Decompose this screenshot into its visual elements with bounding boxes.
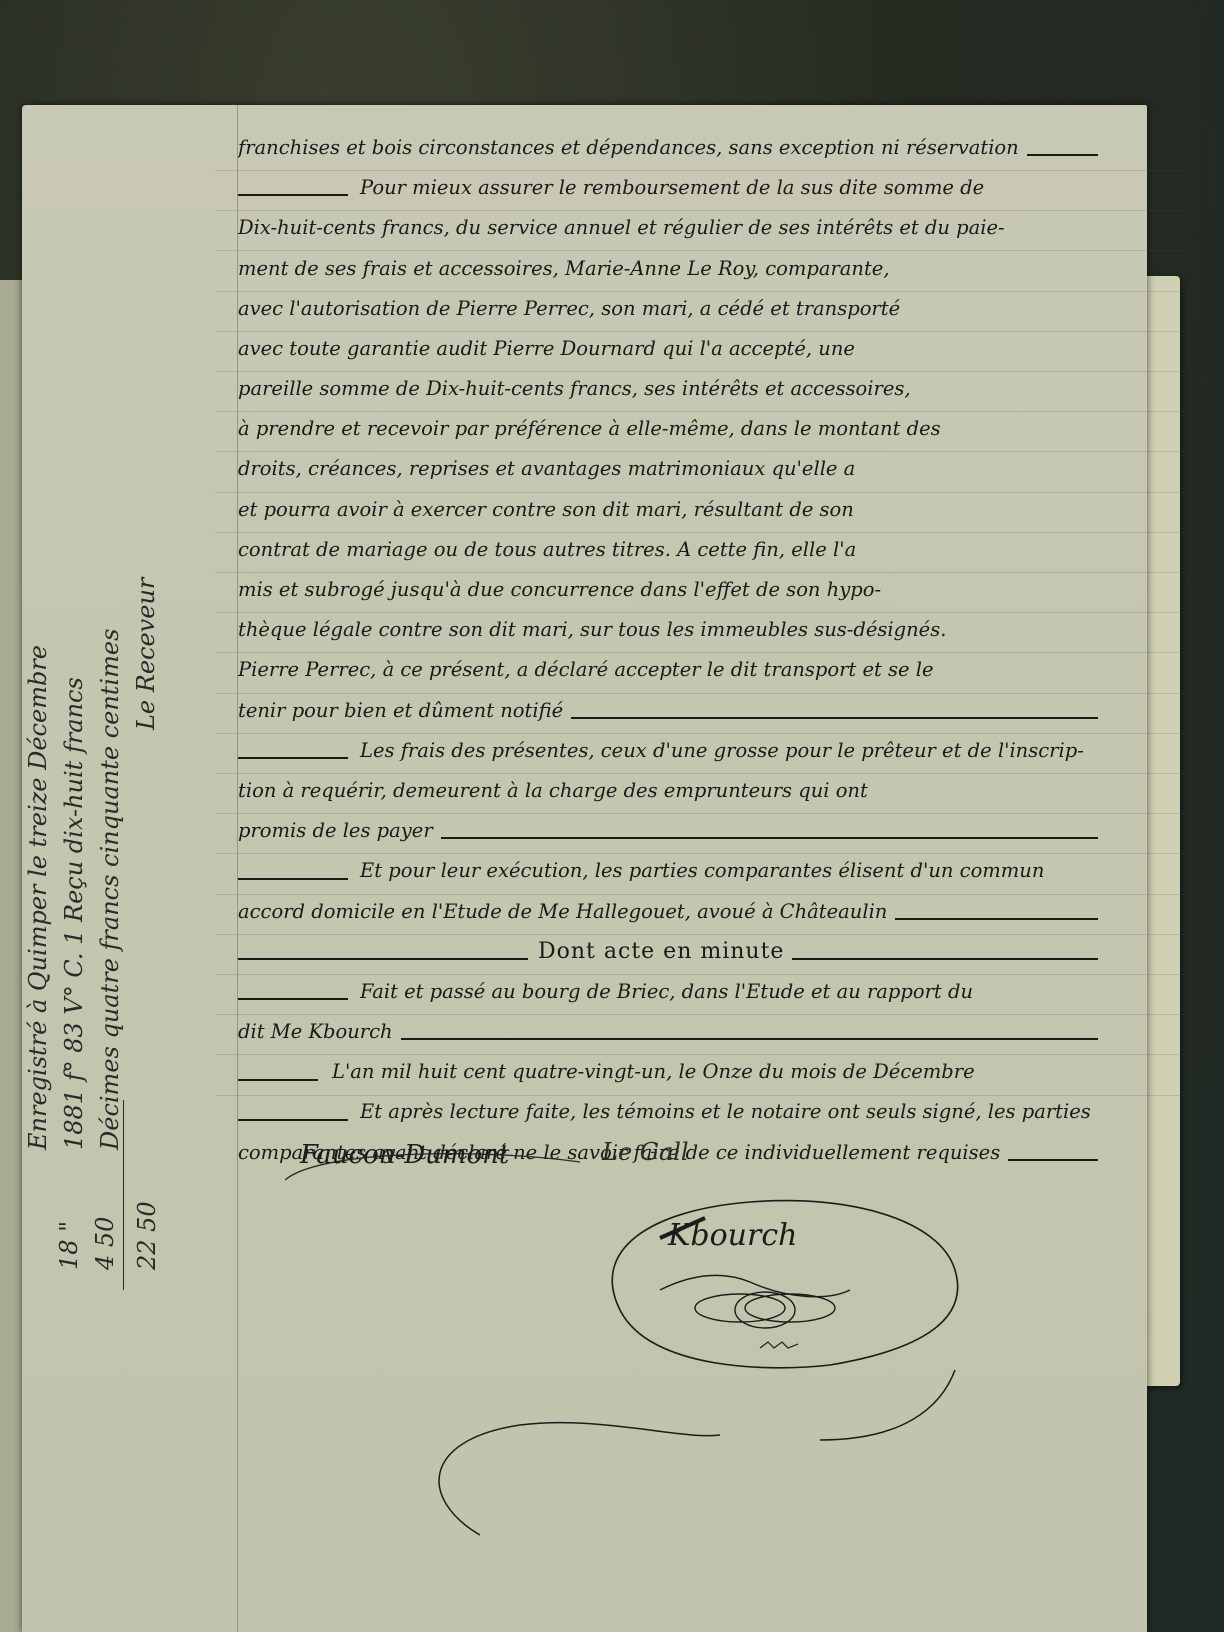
lead-dash	[238, 878, 348, 880]
lead-dash	[238, 1079, 318, 1081]
deed-line-text: mis et subrogé jusqu'à due concurrence d…	[238, 570, 881, 610]
trailing-dash	[441, 837, 1098, 839]
deed-line: contrat de mariage ou de tous autres tit…	[238, 530, 1098, 570]
deed-line-text: Et pour leur exécution, les parties comp…	[360, 851, 1044, 891]
deed-line: Les frais des présentes, ceux d'une gros…	[238, 731, 1098, 771]
deed-line: dit Me Kbourch	[238, 1012, 1098, 1052]
margin-note-line: 1881 f° 83 V° C. 1 Reçu dix-huit francs	[56, 150, 92, 1150]
deed-line-text: Les frais des présentes, ceux d'une gros…	[360, 731, 1084, 771]
deed-line-text: avec l'autorisation de Pierre Perrec, so…	[238, 289, 900, 329]
signature-le-gall: Le Gall	[602, 1138, 689, 1166]
fee-total: 22 50	[133, 1201, 169, 1270]
trailing-dash	[1027, 154, 1098, 156]
signature-faucon-dumont: Faucon-Dumont	[300, 1140, 509, 1170]
deed-line-text: et pourra avoir à exercer contre son dit…	[238, 490, 854, 530]
deed-line-text: Dix-huit-cents francs, du service annuel…	[238, 208, 1005, 248]
deed-line-text: tion à requérir, demeurent à la charge d…	[238, 771, 868, 811]
deed-line: Et après lecture faite, les témoins et l…	[238, 1093, 1098, 1133]
deed-line-text: franchises et bois circonstances et dépe…	[238, 128, 1019, 168]
deed-line-text: accord domicile en l'Etude de Me Hallego…	[238, 892, 887, 932]
deed-line-text: dit Me Kbourch	[238, 1012, 393, 1052]
deed-line-text: pareille somme de Dix-huit-cents francs,…	[238, 369, 911, 409]
margin-note-line: Décimes quatre francs cinquante centimes	[92, 150, 128, 1150]
fee-entry: 4 50	[91, 1201, 127, 1270]
deed-line-text: Et après lecture faite, les témoins et l…	[360, 1093, 1091, 1133]
deed-line-text: à prendre et recevoir par préférence à e…	[238, 409, 941, 449]
deed-line: Fait et passé au bourg de Briec, dans l'…	[238, 972, 1098, 1012]
deed-line: mis et subrogé jusqu'à due concurrence d…	[238, 570, 1098, 610]
deed-line-text: promis de les payer	[238, 811, 433, 851]
lead-dash	[238, 1119, 348, 1121]
fees-tally: 18 " 4 50 22 50	[55, 1201, 169, 1270]
deed-line: promis de les payer	[238, 811, 1098, 851]
trailing-dash	[792, 958, 1098, 960]
deed-line-text: avec toute garantie audit Pierre Dournar…	[238, 329, 855, 369]
deed-line-text: Pierre Perrec, à ce présent, a déclaré a…	[238, 650, 934, 690]
deed-line: à prendre et recevoir par préférence à e…	[238, 409, 1098, 449]
sum-rule	[123, 1100, 124, 1290]
deed-line: L'an mil huit cent quatre-vingt-un, le O…	[238, 1052, 1098, 1092]
trailing-dash	[1008, 1159, 1098, 1161]
deed-line-text: thèque légale contre son dit mari, sur t…	[238, 610, 946, 650]
deed-line-text: Dont acte en minute	[538, 932, 784, 972]
deed-line: thèque légale contre son dit mari, sur t…	[238, 610, 1098, 650]
deed-line: Dont acte en minute	[238, 932, 1098, 972]
deed-line: pareille somme de Dix-huit-cents francs,…	[238, 369, 1098, 409]
deed-line: et pourra avoir à exercer contre son dit…	[238, 490, 1098, 530]
lead-dash	[238, 998, 348, 1000]
deed-line: droits, créances, reprises et avantages …	[238, 450, 1098, 490]
deed-line: franchises et bois circonstances et dépe…	[238, 128, 1098, 168]
deed-line: Et pour leur exécution, les parties comp…	[238, 851, 1098, 891]
registration-margin-note: Enregistré à Quimper le treize Décembre …	[20, 150, 164, 1150]
deed-line: Pour mieux assurer le remboursement de l…	[238, 168, 1098, 208]
fee-entry: 18 "	[55, 1201, 91, 1270]
deed-line: avec toute garantie audit Pierre Dournar…	[238, 329, 1098, 369]
margin-note-line: Le Receveur	[128, 150, 164, 1150]
trailing-dash	[895, 918, 1098, 920]
deed-line: ment de ses frais et accessoires, Marie-…	[238, 249, 1098, 289]
deed-line: tenir pour bien et dûment notifié	[238, 691, 1098, 731]
trailing-dash	[571, 717, 1098, 719]
notary-signature: Kbourch	[590, 1190, 970, 1390]
trailing-dash	[401, 1038, 1098, 1040]
deed-line: Dix-huit-cents francs, du service annuel…	[238, 208, 1098, 248]
lead-dash	[238, 757, 348, 759]
deed-body-text: franchises et bois circonstances et dépe…	[238, 128, 1098, 1173]
deed-line-text: contrat de mariage ou de tous autres tit…	[238, 530, 856, 570]
lead-dash	[238, 958, 528, 960]
deed-line: Pierre Perrec, à ce présent, a déclaré a…	[238, 650, 1098, 690]
lead-dash	[238, 194, 348, 196]
margin-note-line: Enregistré à Quimper le treize Décembre	[20, 150, 56, 1150]
deed-line: accord domicile en l'Etude de Me Hallego…	[238, 892, 1098, 932]
deed-line-text: tenir pour bien et dûment notifié	[238, 691, 563, 731]
deed-line-text: droits, créances, reprises et avantages …	[238, 450, 855, 490]
deed-line: avec l'autorisation de Pierre Perrec, so…	[238, 289, 1098, 329]
deed-line-text: L'an mil huit cent quatre-vingt-un, le O…	[332, 1052, 975, 1092]
deed-line-text: Fait et passé au bourg de Briec, dans l'…	[360, 972, 973, 1012]
notary-signature-name: Kbourch	[668, 1218, 797, 1253]
deed-line: tion à requérir, demeurent à la charge d…	[238, 771, 1098, 811]
deed-line-text: Pour mieux assurer le remboursement de l…	[360, 168, 984, 208]
deed-line-text: ment de ses frais et accessoires, Marie-…	[238, 249, 890, 289]
